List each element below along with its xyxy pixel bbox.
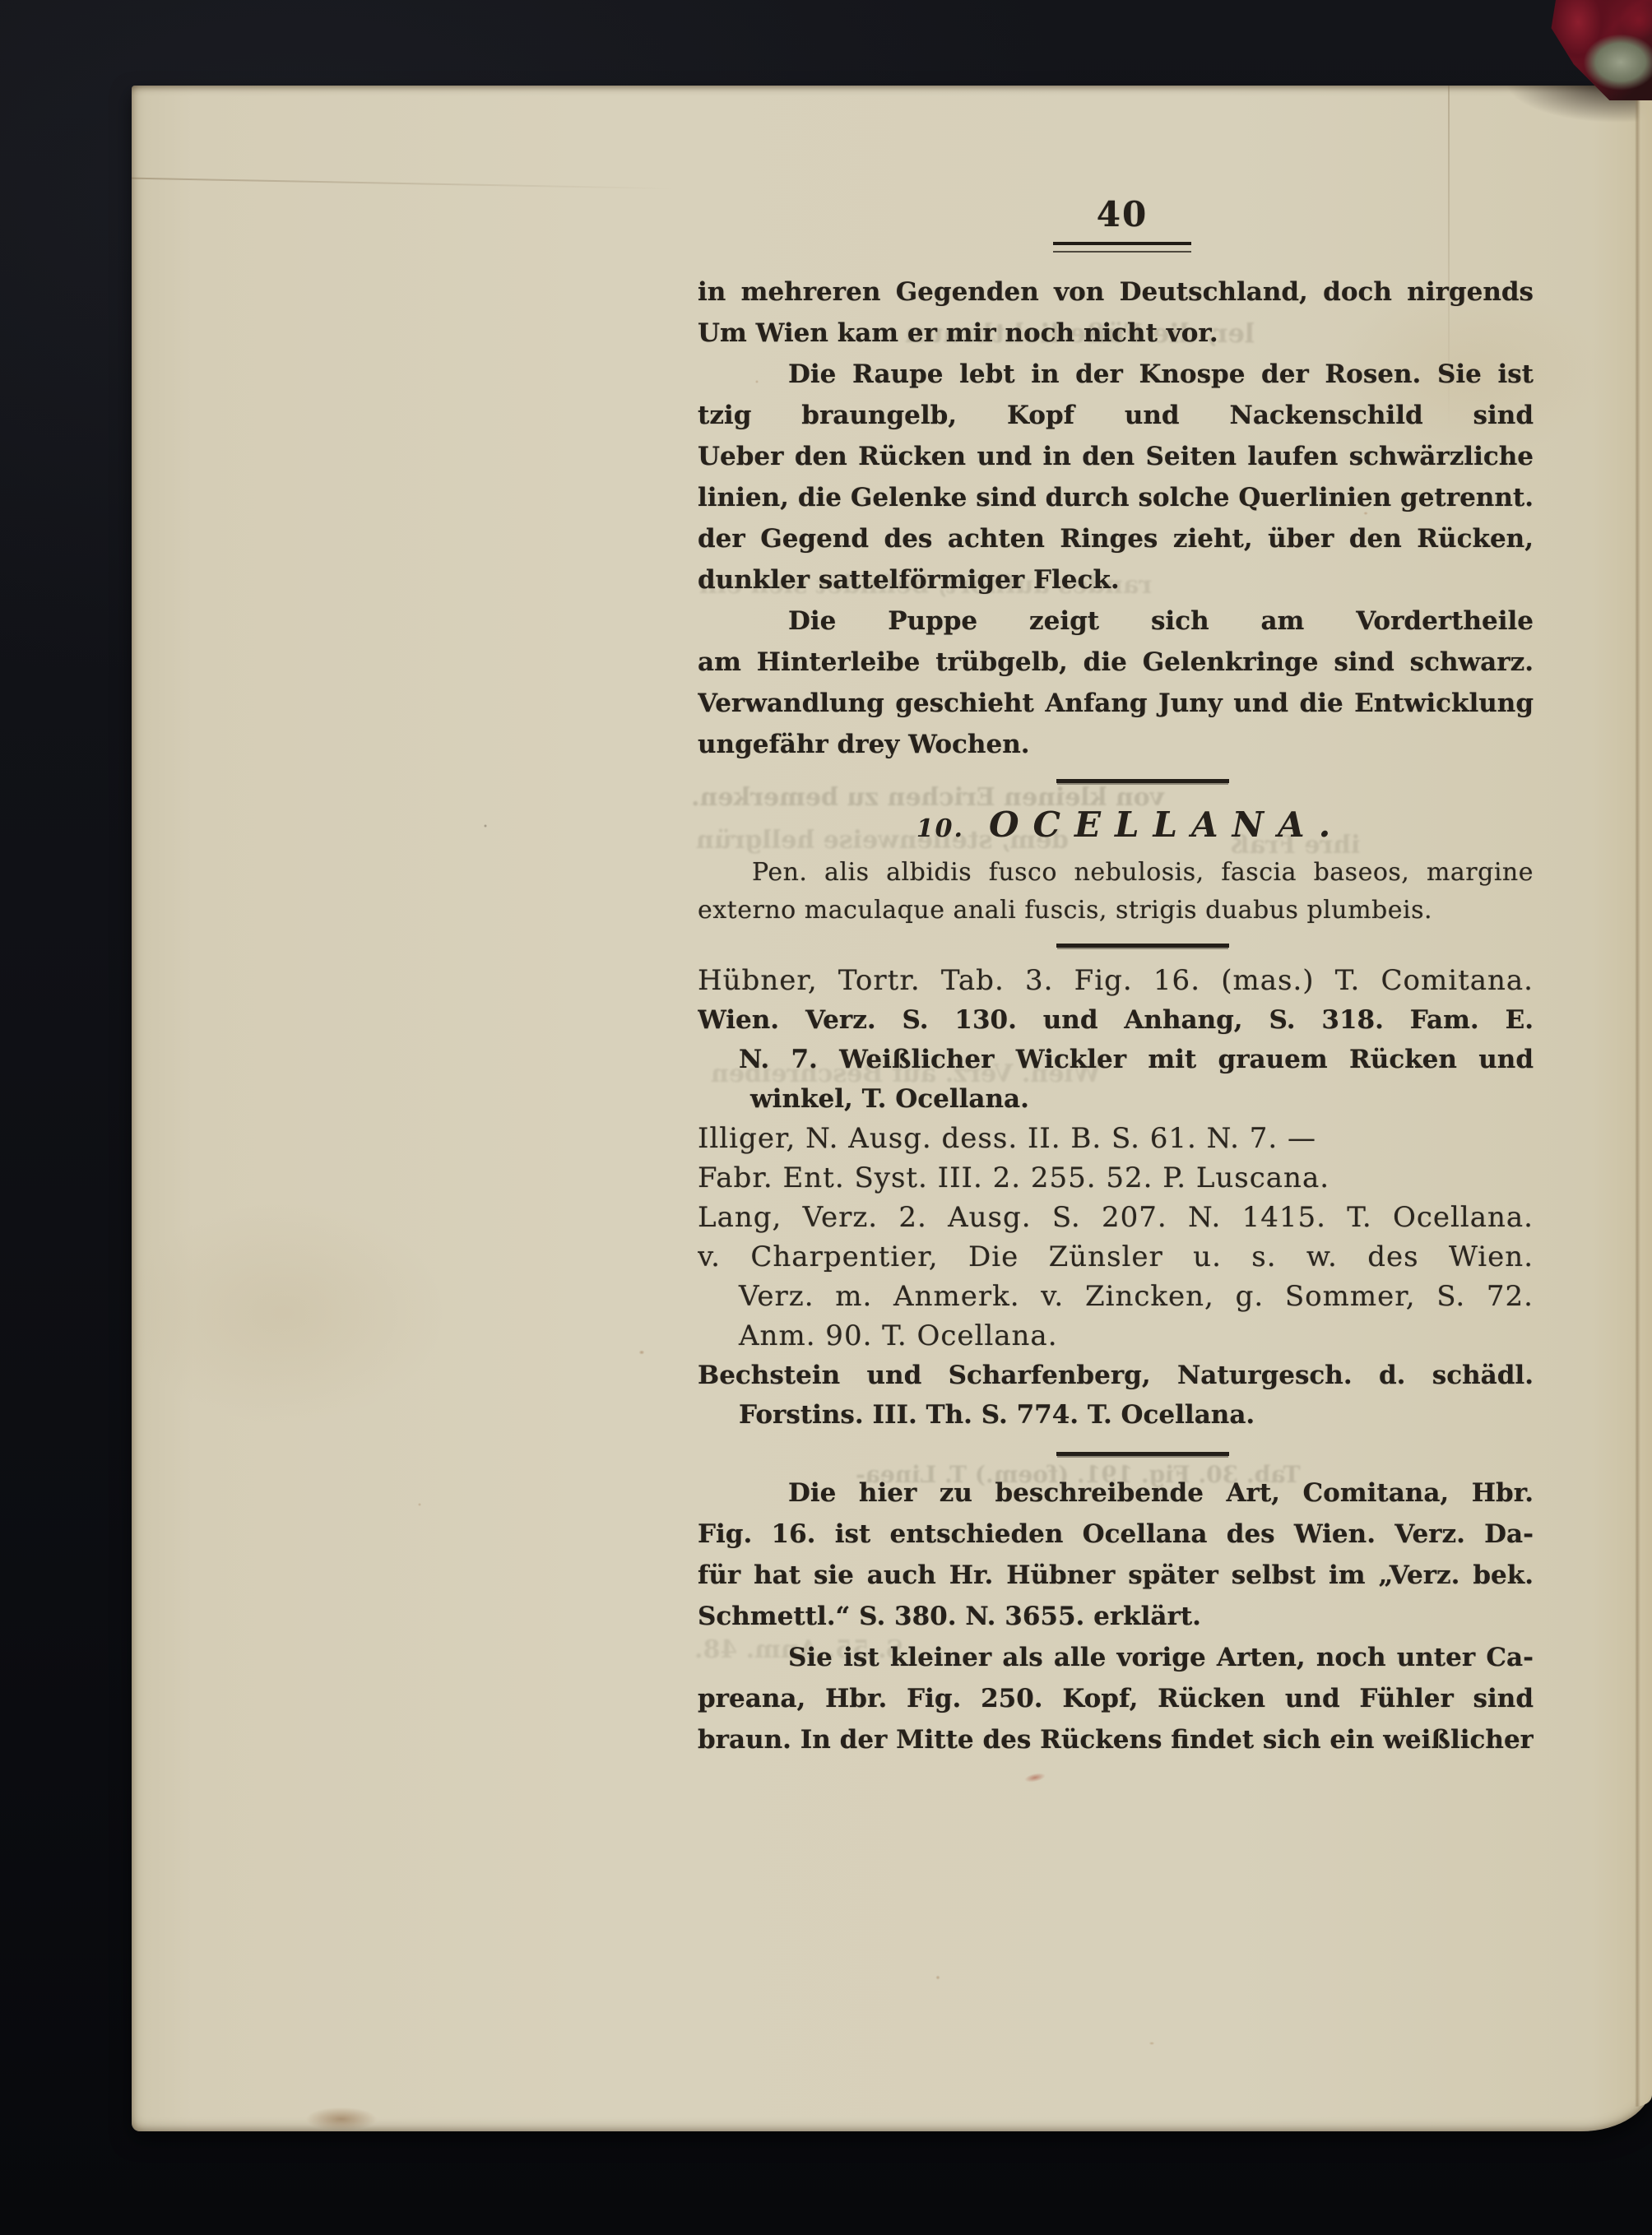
text-line: dunkler sattelförmiger Fleck.: [698, 559, 1534, 600]
text-line: v. Charpentier, Die Zünsler u. s. w. des…: [698, 1237, 1534, 1277]
text-line: Forstins. III. Th. S. 774. T. Ocellana.: [698, 1395, 1534, 1435]
reference-list: Hübner, Tortr. Tab. 3. Fig. 16. (mas.) T…: [698, 961, 1534, 1435]
text-line: Bechstein und Scharfenberg, Naturgesch. …: [698, 1356, 1534, 1395]
text-line: N. 7. Weißlicher Wickler mit grauem Rück…: [698, 1040, 1534, 1079]
text-column: in mehreren Gegenden von Deutschland, do…: [698, 271, 1534, 1760]
paragraph-discussion: Die hier zu beschreibende Art, Comitana,…: [698, 1472, 1534, 1760]
text-line: der Gegend des achten Ringes zieht, über…: [698, 518, 1534, 559]
paper-crease-horizontal: [132, 178, 675, 190]
paragraph-pupa: Die Puppe zeigt sich am Vordertheile sch…: [698, 600, 1534, 765]
text-line: Die hier zu beschreibende Art, Comitana,…: [698, 1472, 1534, 1514]
section-divider: [698, 765, 1534, 796]
text-line: Verz. m. Anmerk. v. Zincken, g. Sommer, …: [698, 1277, 1534, 1316]
text-line: Die Puppe zeigt sich am Vordertheile sch…: [698, 600, 1534, 642]
section-divider: [698, 1435, 1534, 1472]
species-heading: 10.OCELLANA.: [698, 796, 1534, 854]
text-line: Illiger, N. Ausg. dess. II. B. S. 61. N.…: [698, 1119, 1534, 1158]
text-line: für hat sie auch Hr. Hübner später selbs…: [698, 1555, 1534, 1596]
book-page: 40 ler, die Füße lichtbraunrandes aufhör…: [132, 86, 1652, 2131]
divider-rule: [1056, 779, 1229, 783]
text-line: Fabr. Ent. Syst. III. 2. 255. 52. P. Lus…: [698, 1158, 1534, 1198]
text-line: externo maculaque anali fuscis, strigis …: [698, 892, 1534, 930]
text-line: Schmettl.“ S. 380. N. 3655. erklärt.: [698, 1596, 1534, 1637]
text-line: Sie ist kleiner als alle vorige Arten, n…: [698, 1637, 1534, 1678]
divider-rule: [1056, 1452, 1229, 1456]
text-line: Verwandlung geschieht Anfang Juny und di…: [698, 683, 1534, 724]
paragraph-latin-diagnosis: Pen. alis albidis fusco nebulosis, fasci…: [698, 854, 1534, 930]
text-line: tzig braungelb, Kopf und Nackenschild si…: [698, 395, 1534, 436]
text-line: am Hinterleibe trübgelb, die Gelenkringe…: [698, 642, 1534, 683]
text-line: Ueber den Rücken und in den Seiten laufe…: [698, 436, 1534, 477]
text-line: Pen. alis albidis fusco nebulosis, fasci…: [698, 854, 1534, 892]
text-line: Wien. Verz. S. 130. und Anhang, S. 318. …: [698, 1000, 1534, 1040]
page-number-rule: [1053, 242, 1191, 253]
paragraph-moth-occurrence: in mehreren Gegenden von Deutschland, do…: [698, 271, 1534, 354]
divider-rule: [1056, 944, 1229, 948]
text-line: winkel, T. Ocellana.: [698, 1079, 1534, 1119]
text-line: Fig. 16. ist entschieden Ocellana des Wi…: [698, 1514, 1534, 1555]
text-line: Anm. 90. T. Ocellana.: [698, 1316, 1534, 1356]
species-name: OCELLANA.: [989, 805, 1344, 845]
text-line: linien, die Gelenke sind durch solche Qu…: [698, 477, 1534, 518]
scan-background: { "page": { "number": "40" }, "content":…: [0, 0, 1652, 2235]
page-number: 40: [1056, 194, 1188, 234]
text-line: Die Raupe lebt in der Knospe der Rosen. …: [698, 354, 1534, 395]
text-line: preana, Hbr. Fig. 250. Kopf, Rücken und …: [698, 1678, 1534, 1719]
page-fore-edge: [1635, 90, 1652, 2107]
text-line: ungefähr drey Wochen.: [698, 724, 1534, 765]
paragraph-caterpillar: Die Raupe lebt in der Knospe der Rosen. …: [698, 354, 1534, 600]
text-line: Lang, Verz. 2. Ausg. S. 207. N. 1415. T.…: [698, 1198, 1534, 1237]
section-divider: [698, 930, 1534, 961]
text-line: Um Wien kam er mir noch nicht vor.: [698, 313, 1534, 354]
stain: [1023, 1771, 1046, 1783]
text-line: braun. In der Mitte des Rückens findet s…: [698, 1719, 1534, 1760]
text-line: in mehreren Gegenden von Deutschland, do…: [698, 271, 1534, 313]
species-number: 10.: [916, 814, 964, 843]
text-line: Hübner, Tortr. Tab. 3. Fig. 16. (mas.) T…: [698, 961, 1534, 1000]
